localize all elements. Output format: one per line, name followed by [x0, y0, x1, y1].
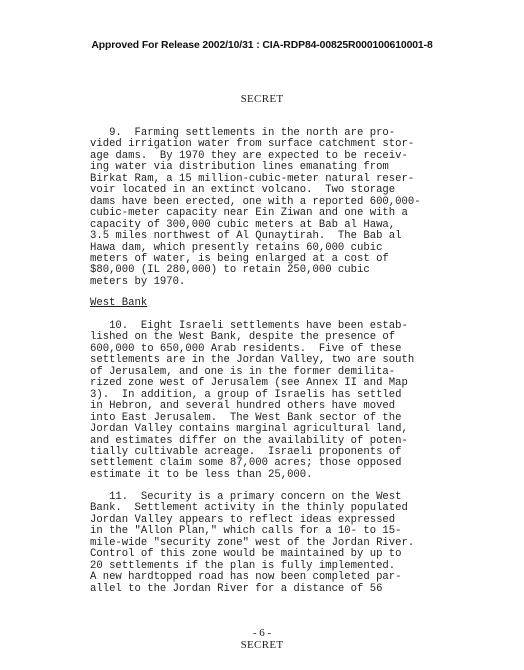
text-line: 3.5 miles northwest of Al Qunaytirah. Th… [90, 231, 470, 242]
paragraph-11: 11. Security is a primary concern on the… [90, 492, 470, 595]
section-heading-west-bank: West Bank [90, 297, 147, 309]
text-line: voir located in an extinct volcano. Two … [90, 185, 470, 196]
text-line: rized zone west of Jerusalem (see Annex … [90, 378, 470, 389]
classification-footer: SECRET [0, 639, 524, 651]
release-stamp: Approved For Release 2002/10/31 : CIA-RD… [0, 40, 524, 51]
paragraph-10: 10. Eight Israeli settlements have been … [90, 321, 470, 481]
text-line: cubic-meter capacity near Ein Ziwan and … [90, 208, 470, 219]
text-line: A new hardtopped road has now been compl… [90, 572, 470, 583]
text-line: estimate it to be less than 25,000. [90, 470, 470, 481]
classification-header: SECRET [0, 93, 524, 105]
text-line: Control of this zone would be maintained… [90, 549, 470, 560]
text-line: meters by 1970. [90, 277, 470, 288]
text-line: Jordan Valley contains marginal agricult… [90, 424, 470, 435]
text-line: allel to the Jordan River for a distance… [90, 584, 470, 595]
page-number: - 6 - [0, 627, 524, 639]
text-line: in Hebron, and several hundred others ha… [90, 401, 470, 412]
paragraph-9: 9. Farming settlements in the north are … [90, 128, 470, 288]
